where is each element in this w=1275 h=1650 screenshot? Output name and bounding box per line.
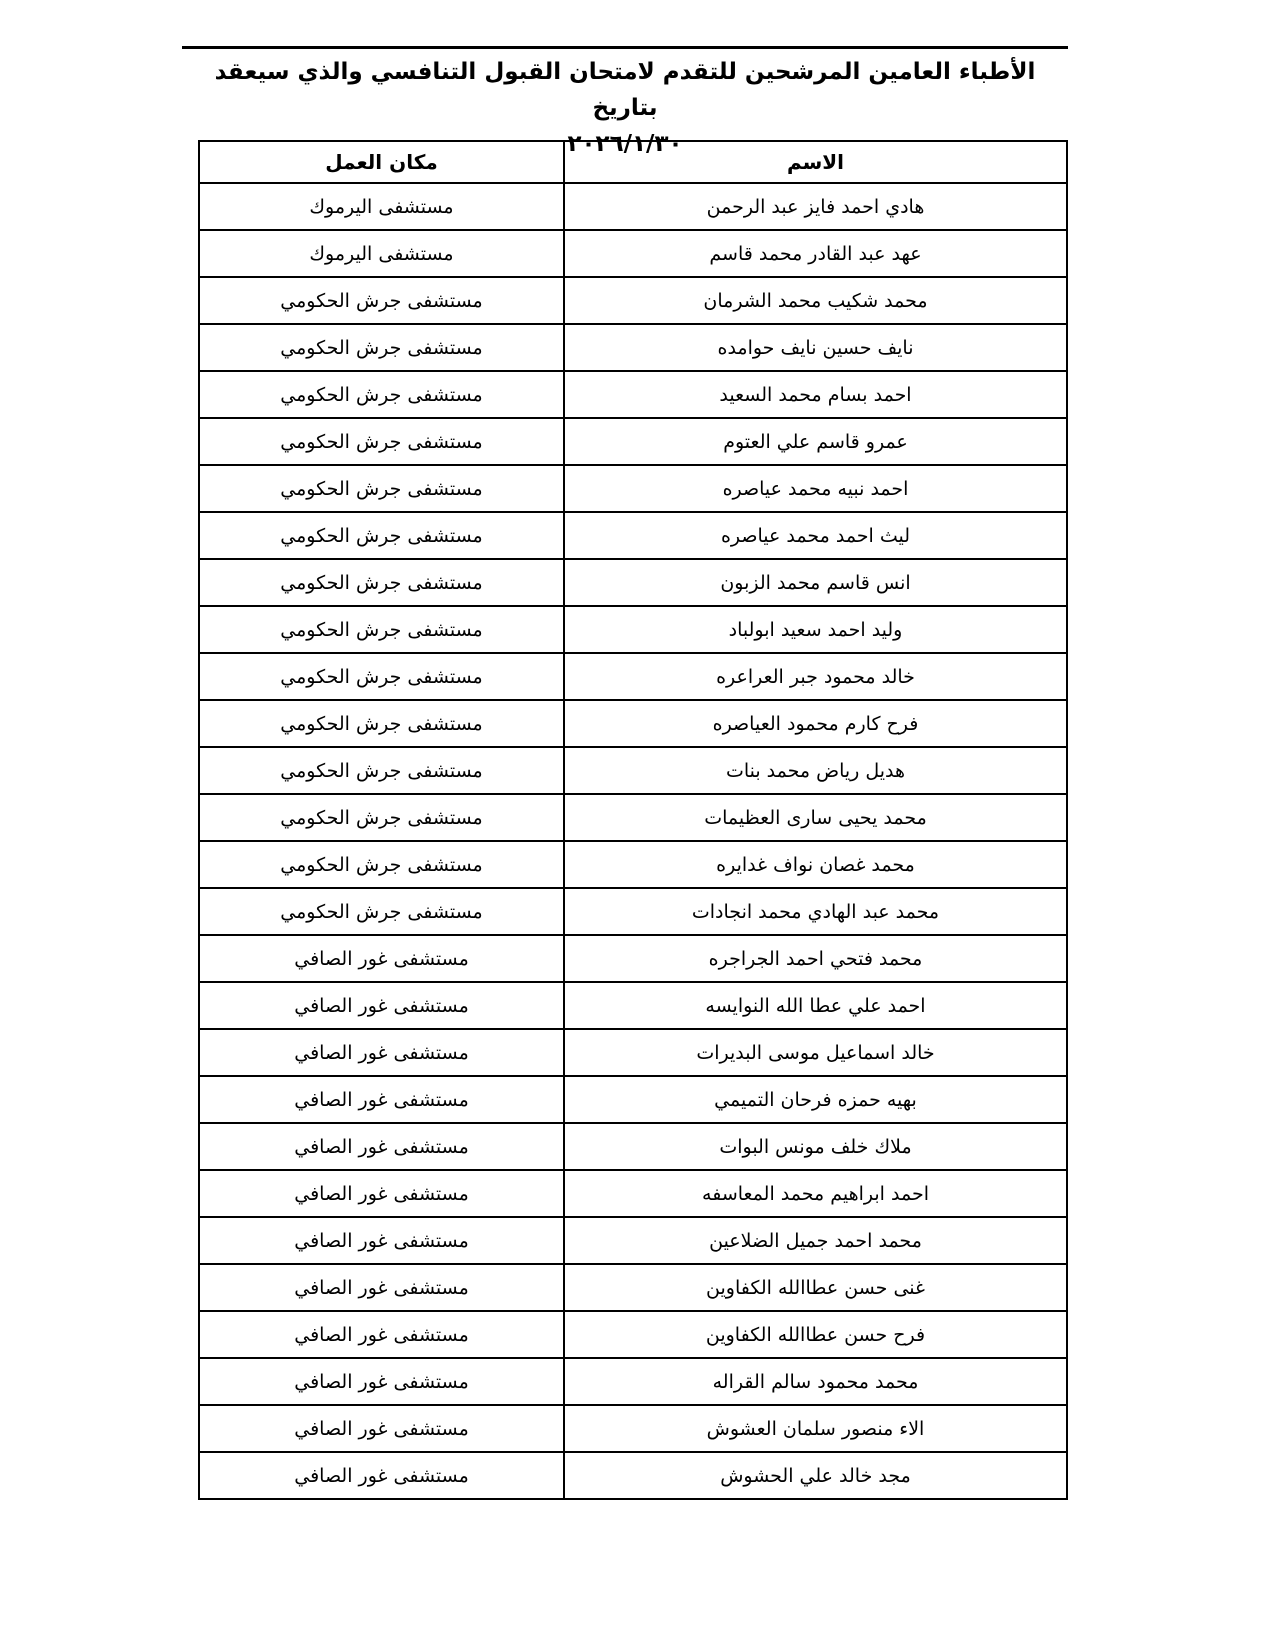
workplace-cell: مستشفى غور الصافي [199,1358,564,1405]
name-cell: احمد ابراهيم محمد المعاسفه [564,1170,1067,1217]
name-cell: انس قاسم محمد الزبون [564,559,1067,606]
name-cell: محمد فتحي احمد الجراجره [564,935,1067,982]
name-cell: بهيه حمزه فرحان التميمي [564,1076,1067,1123]
table-row: ليث احمد محمد عياصرهمستشفى جرش الحكومي [199,512,1067,559]
name-cell: وليد احمد سعيد ابولباد [564,606,1067,653]
workplace-cell: مستشفى جرش الحكومي [199,606,564,653]
table-row: محمد فتحي احمد الجراجرهمستشفى غور الصافي [199,935,1067,982]
table-row: محمد يحيى سارى العظيماتمستشفى جرش الحكوم… [199,794,1067,841]
name-cell: محمد شكيب محمد الشرمان [564,277,1067,324]
workplace-cell: مستشفى جرش الحكومي [199,794,564,841]
name-cell: خالد محمود جبر العراعره [564,653,1067,700]
name-cell: ملاك خلف مونس البوات [564,1123,1067,1170]
table-row: خالد اسماعيل موسى البديراتمستشفى غور الص… [199,1029,1067,1076]
workplace-cell: مستشفى جرش الحكومي [199,465,564,512]
table-row: غنى حسن عطاالله الكفاوينمستشفى غور الصاف… [199,1264,1067,1311]
workplace-cell: مستشفى جرش الحكومي [199,418,564,465]
workplace-cell: مستشفى غور الصافي [199,1170,564,1217]
table-row: انس قاسم محمد الزبونمستشفى جرش الحكومي [199,559,1067,606]
workplace-cell: مستشفى جرش الحكومي [199,559,564,606]
workplace-header-cell: مكان العمل [199,141,564,183]
name-cell: فرح كارم محمود العياصره [564,700,1067,747]
workplace-cell: مستشفى غور الصافي [199,982,564,1029]
name-cell: عهد عبد القادر محمد قاسم [564,230,1067,277]
workplace-cell: مستشفى غور الصافي [199,1264,564,1311]
table-row: محمد عبد الهادي محمد انجاداتمستشفى جرش ا… [199,888,1067,935]
table-row: عهد عبد القادر محمد قاسممستشفى اليرموك [199,230,1067,277]
workplace-cell: مستشفى غور الصافي [199,935,564,982]
table-row: فرح كارم محمود العياصرهمستشفى جرش الحكوم… [199,700,1067,747]
name-cell: غنى حسن عطاالله الكفاوين [564,1264,1067,1311]
workplace-cell: مستشفى جرش الحكومي [199,512,564,559]
name-cell: عمرو قاسم علي العتوم [564,418,1067,465]
table-row: محمد غصان نواف غدايرهمستشفى جرش الحكومي [199,841,1067,888]
name-cell: ليث احمد محمد عياصره [564,512,1067,559]
workplace-cell: مستشفى اليرموك [199,230,564,277]
workplace-cell: مستشفى غور الصافي [199,1123,564,1170]
name-cell: هادي احمد فايز عبد الرحمن [564,183,1067,230]
table-row: هديل رياض محمد بناتمستشفى جرش الحكومي [199,747,1067,794]
workplace-cell: مستشفى جرش الحكومي [199,653,564,700]
name-cell: فرح حسن عطاالله الكفاوين [564,1311,1067,1358]
name-cell: محمد محمود سالم القراله [564,1358,1067,1405]
document-page: الأطباء العامين المرشحين للتقدم لامتحان … [0,0,1275,1650]
table-row: عمرو قاسم علي العتوممستشفى جرش الحكومي [199,418,1067,465]
workplace-cell: مستشفى جرش الحكومي [199,324,564,371]
workplace-cell: مستشفى غور الصافي [199,1405,564,1452]
roster-table: الاسم مكان العمل هادي احمد فايز عبد الرح… [198,140,1068,1500]
table-row: ملاك خلف مونس البواتمستشفى غور الصافي [199,1123,1067,1170]
table-row: الاء منصور سلمان العشوشمستشفى غور الصافي [199,1405,1067,1452]
workplace-cell: مستشفى جرش الحكومي [199,747,564,794]
workplace-cell: مستشفى غور الصافي [199,1452,564,1499]
name-cell: هديل رياض محمد بنات [564,747,1067,794]
table-row: محمد شكيب محمد الشرمانمستشفى جرش الحكومي [199,277,1067,324]
table-row: بهيه حمزه فرحان التميميمستشفى غور الصافي [199,1076,1067,1123]
workplace-cell: مستشفى جرش الحكومي [199,841,564,888]
table-row: وليد احمد سعيد ابولبادمستشفى جرش الحكومي [199,606,1067,653]
workplace-cell: مستشفى جرش الحكومي [199,371,564,418]
title-divider-rule [182,46,1068,49]
workplace-cell: مستشفى جرش الحكومي [199,700,564,747]
table-row: محمد محمود سالم القرالهمستشفى غور الصافي [199,1358,1067,1405]
name-header-cell: الاسم [564,141,1067,183]
workplace-cell: مستشفى جرش الحكومي [199,888,564,935]
name-cell: احمد علي عطا الله النوايسه [564,982,1067,1029]
name-cell: محمد غصان نواف غدايره [564,841,1067,888]
header-row: الاسم مكان العمل [199,141,1067,183]
table-row: هادي احمد فايز عبد الرحمنمستشفى اليرموك [199,183,1067,230]
name-cell: محمد احمد جميل الضلاعين [564,1217,1067,1264]
name-cell: محمد يحيى سارى العظيمات [564,794,1067,841]
name-cell: محمد عبد الهادي محمد انجادات [564,888,1067,935]
workplace-cell: مستشفى اليرموك [199,183,564,230]
table-row: احمد نبيه محمد عياصرهمستشفى جرش الحكومي [199,465,1067,512]
name-cell: مجد خالد علي الحشوش [564,1452,1067,1499]
table-row: احمد ابراهيم محمد المعاسفهمستشفى غور الص… [199,1170,1067,1217]
workplace-cell: مستشفى غور الصافي [199,1311,564,1358]
roster-header: الاسم مكان العمل [199,141,1067,183]
workplace-cell: مستشفى غور الصافي [199,1076,564,1123]
name-cell: الاء منصور سلمان العشوش [564,1405,1067,1452]
table-row: فرح حسن عطاالله الكفاوينمستشفى غور الصاف… [199,1311,1067,1358]
table-row: احمد بسام محمد السعيدمستشفى جرش الحكومي [199,371,1067,418]
table-row: محمد احمد جميل الضلاعينمستشفى غور الصافي [199,1217,1067,1264]
name-cell: احمد بسام محمد السعيد [564,371,1067,418]
table-row: احمد علي عطا الله النوايسهمستشفى غور الص… [199,982,1067,1029]
workplace-cell: مستشفى غور الصافي [199,1029,564,1076]
table-row: مجد خالد علي الحشوشمستشفى غور الصافي [199,1452,1067,1499]
name-cell: خالد اسماعيل موسى البديرات [564,1029,1067,1076]
table-row: خالد محمود جبر العراعرهمستشفى جرش الحكوم… [199,653,1067,700]
table-row: نايف حسين نايف حوامدهمستشفى جرش الحكومي [199,324,1067,371]
roster-body: هادي احمد فايز عبد الرحمنمستشفى اليرموكع… [199,183,1067,1499]
workplace-cell: مستشفى جرش الحكومي [199,277,564,324]
workplace-cell: مستشفى غور الصافي [199,1217,564,1264]
name-cell: نايف حسين نايف حوامده [564,324,1067,371]
name-cell: احمد نبيه محمد عياصره [564,465,1067,512]
page-title: الأطباء العامين المرشحين للتقدم لامتحان … [182,54,1068,126]
